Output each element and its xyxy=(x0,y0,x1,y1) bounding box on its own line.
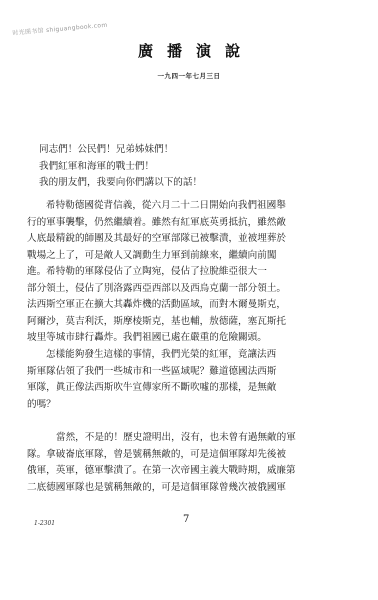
print-code: 1-2301 xyxy=(34,520,55,527)
text-line: 斯軍隊佔領了我們一些城市和一些區域呢？難道德國法西斯 xyxy=(27,364,339,381)
text-line: 人底最精銳的師團及其最好的空軍部隊已被擊潰，並被埋葬於 xyxy=(27,231,339,248)
text-line: 法西斯空軍正在擴大其轟炸機的活動區域，而對木爾曼斯克， xyxy=(27,297,339,314)
text-line: 當然，不是的！歷史證明出，沒有，也未曾有過無敵的軍 xyxy=(27,430,339,447)
text-line: 坡里等城市肆行轟炸。我們祖國已處在嚴重的危險關頭。 xyxy=(27,330,339,347)
text-line: 怎樣能夠發生這樣的事情，我們光榮的紅軍，竟讓法西 xyxy=(27,347,339,364)
watermark: 时光图书馆 shiguangbook.com xyxy=(12,20,108,37)
text-line: 戰場之上了，可是敵人又調動生力軍到前線來，繼續向前闖 xyxy=(27,248,339,265)
greeting-line: 我的朋友們，我要向你們講以下的話！ xyxy=(39,175,339,192)
speech-date: 一九四一年七月三日 xyxy=(0,71,378,80)
text-line: 的嗎？ xyxy=(27,397,339,414)
text-line: 進。希特勒的軍隊侵佔了立陶宛，侵佔了拉脫維亞很大一 xyxy=(27,264,339,281)
greeting-line: 我們紅軍和海軍的戰士們！ xyxy=(39,159,339,176)
text-line: 行的軍事襲擊，仍然繼續着。雖然有紅軍底英勇抵抗，雖然敵 xyxy=(27,215,339,232)
text-line: 軍隊，眞正像法西斯吹牛宣傳家所不斷吹噓的那樣，是無敵 xyxy=(27,380,339,397)
greetings-block: 同志們！公民們！兄弟姊妹們！ 我們紅軍和海軍的戰士們！ 我的朋友們，我要向你們講… xyxy=(39,142,339,192)
text-line: 隊。拿破崙底軍隊，曾是號稱無敵的，可是這個軍隊却先後被 xyxy=(27,447,339,464)
paragraph-1: 希特勒德國從背信義，從六月二十二日開始向我們祖國舉 行的軍事襲擊，仍然繼續着。雖… xyxy=(27,198,339,347)
paragraph-2: 怎樣能夠發生這樣的事情，我們光榮的紅軍，竟讓法西 斯軍隊佔領了我們一些城市和一些… xyxy=(27,347,339,413)
text-line: 部分領土，侵佔了別洛露西亞西部以及西烏克蘭一部分領土。 xyxy=(27,281,339,298)
page-number: 7 xyxy=(183,514,189,525)
page-title: 廣播演說 xyxy=(0,40,378,61)
text-line: 俄軍，英軍，德軍擊潰了。在第一次帝國主義大戰時期，威廉第 xyxy=(27,463,339,480)
text-line: 希特勒德國從背信義，從六月二十二日開始向我們祖國舉 xyxy=(27,198,339,215)
paragraph-3: 當然，不是的！歷史證明出，沒有，也未曾有過無敵的軍 隊。拿破崙底軍隊，曾是號稱無… xyxy=(27,430,339,496)
greeting-line: 同志們！公民們！兄弟姊妹們！ xyxy=(39,142,339,159)
text-line: 二底德國軍隊也是號稱無敵的，可是這個軍隊曾幾次被俄國軍 xyxy=(27,480,339,497)
text-line: 阿爾沙，莫吉利沃，斯摩棱斯克，基也輔，敖德薩，塞瓦斯托 xyxy=(27,314,339,331)
